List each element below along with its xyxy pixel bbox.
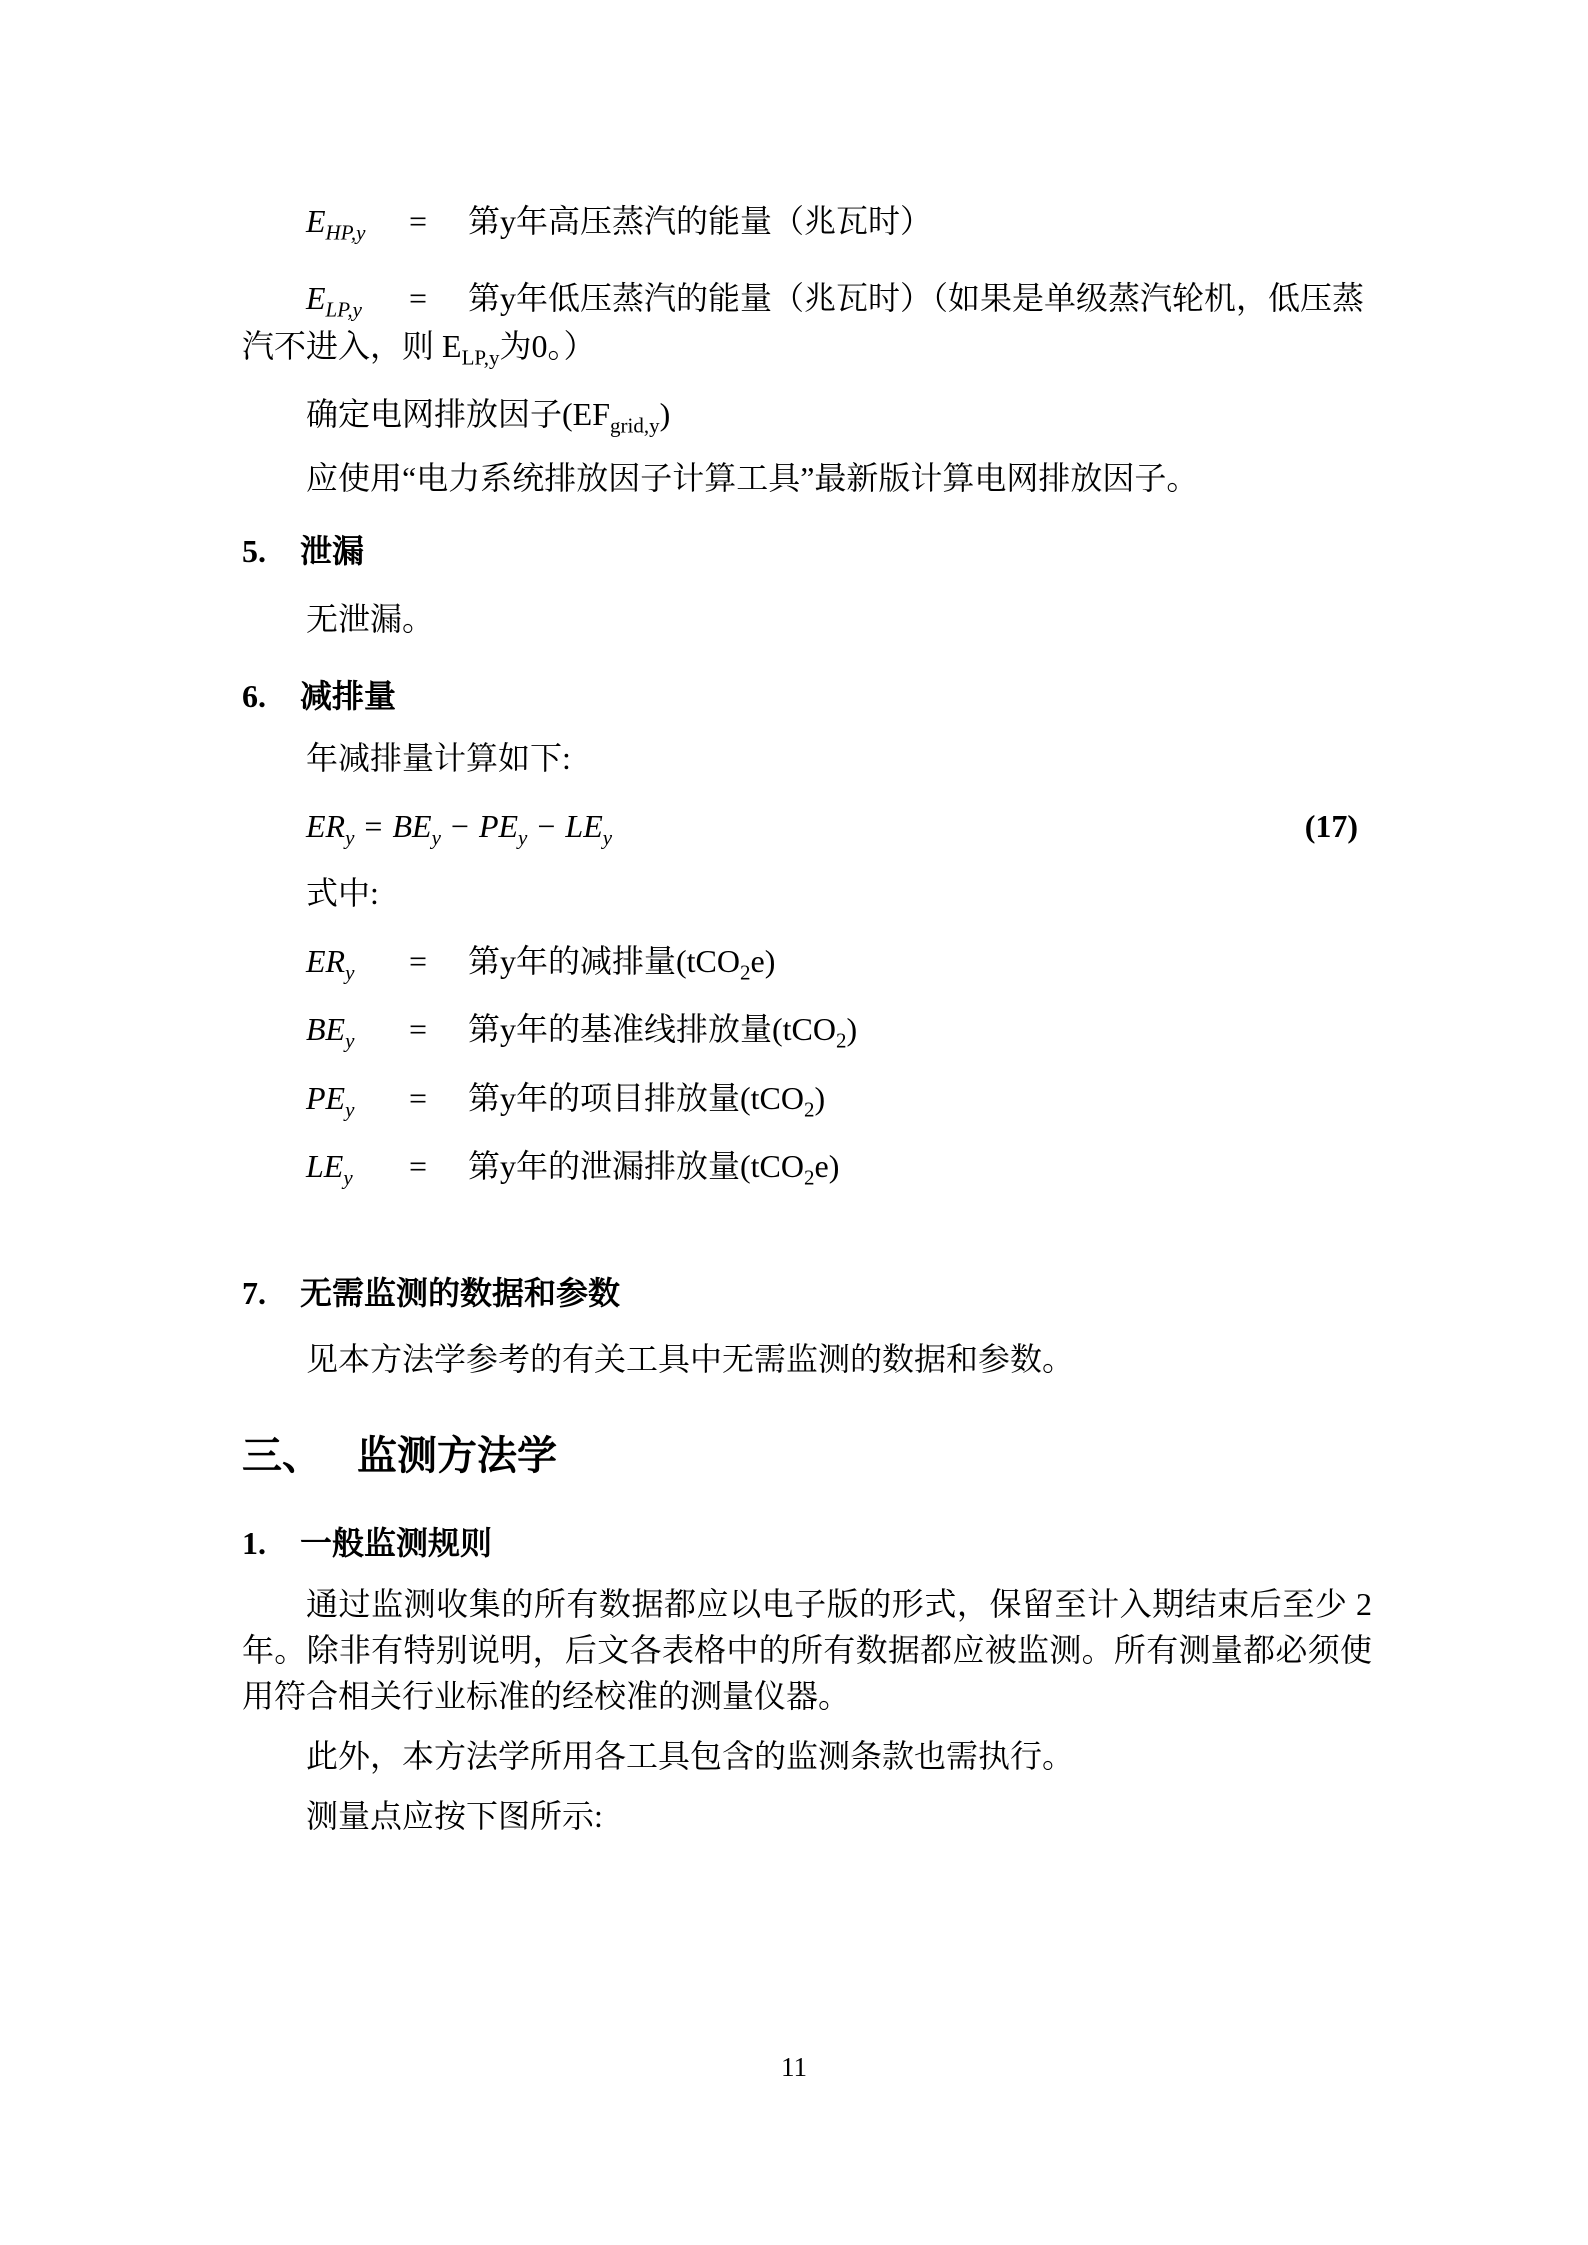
general-rules-paragraph: 通过监测收集的所有数据都应以电子版的形式，保留至计入期结束后至少 2 年。除非有… [242, 1581, 1372, 1719]
variable-elp: ELP,y [306, 275, 409, 321]
formula-expression: ERy=BEy−PEy−LEy [306, 803, 612, 849]
general-rules-line-1: 通过监测收集的所有数据都应以电子版的形式，保留至计入期结束后至少 2 [242, 1581, 1372, 1627]
definition-text-be: 第y年的基准线排放量(tCO2) [468, 1006, 1372, 1052]
monitoring-section-1-heading: 1. 一般监测规则 [242, 1520, 1372, 1566]
definition-row-er: ERy = 第y年的减排量(tCO2e) [306, 938, 1372, 984]
monitoring-section-1-title: 一般监测规则 [300, 1520, 1372, 1566]
variable-be: BEy [306, 1006, 409, 1052]
section-6-title: 减排量 [300, 673, 1372, 719]
section-5-heading: 5. 泄漏 [242, 528, 1372, 574]
equation-number: (17) [1305, 803, 1358, 849]
measurement-points-line: 测量点应按下图所示: [242, 1793, 1372, 1839]
section-5-body: 无泄漏。 [242, 596, 1372, 642]
section-7-body: 见本方法学参考的有关工具中无需监测的数据和参数。 [242, 1336, 1372, 1382]
page-number: 11 [0, 2052, 1588, 2082]
definition-text-ehp: 第y年高压蒸汽的能量（兆瓦时） [468, 198, 1372, 244]
ef-tool-line: 应使用“电力系统排放因子计算工具”最新版计算电网排放因子。 [242, 455, 1372, 501]
monitoring-section-1-number: 1. [242, 1520, 300, 1566]
section-7-title: 无需监测的数据和参数 [300, 1270, 1372, 1316]
general-rules-line-2: 年。除非有特别说明，后文各表格中的所有数据都应被监测。所有测量都必须使 [242, 1627, 1372, 1673]
variable-ehp: EHP,y [306, 198, 409, 244]
definition-row-ehp: EHP,y = 第y年高压蒸汽的能量（兆瓦时） [306, 198, 1372, 244]
section-5-title: 泄漏 [300, 528, 1372, 574]
additional-paragraph: 此外，本方法学所用各工具包含的监测条款也需执行。 [242, 1733, 1372, 1779]
where-label: 式中: [242, 870, 1372, 916]
definition-text-le: 第y年的泄漏排放量(tCO2e) [468, 1143, 1372, 1189]
page-content: EHP,y = 第y年高压蒸汽的能量（兆瓦时） ELP,y = 第y年低压蒸汽的… [242, 198, 1372, 1839]
section-6-number: 6. [242, 673, 300, 719]
variable-pe: PEy [306, 1075, 409, 1121]
definition-row-le: LEy = 第y年的泄漏排放量(tCO2e) [306, 1143, 1372, 1189]
equals-sign: = [409, 198, 468, 244]
section-6-heading: 6. 减排量 [242, 673, 1372, 719]
chapter-3-heading: 三、 监测方法学 [242, 1430, 1372, 1482]
chapter-3-number: 三、 [242, 1430, 357, 1482]
variable-er: ERy [306, 938, 409, 984]
definition-row-elp: ELP,y = 第y年低压蒸汽的能量（兆瓦时）（如果是单级蒸汽轮机，低压蒸 [306, 275, 1372, 321]
variable-elp-subscript: LP,y [326, 297, 362, 321]
ef-grid-subscript: grid,y [610, 413, 660, 437]
equals-sign: = [409, 938, 468, 984]
definition-row-be: BEy = 第y年的基准线排放量(tCO2) [306, 1006, 1372, 1052]
definition-elp-continuation: 汽不进入，则 ELP,y为0。） [242, 323, 1372, 369]
equals-sign: = [409, 1075, 468, 1121]
general-rules-line-3: 用符合相关行业标准的经校准的测量仪器。 [242, 1673, 1372, 1719]
definition-text-er: 第y年的减排量(tCO2e) [468, 938, 1372, 984]
variable-ehp-subscript: HP,y [326, 220, 366, 244]
equals-sign: = [409, 1006, 468, 1052]
ef-grid-line: 确定电网排放因子(EFgrid,y) [242, 391, 1372, 437]
section-5-number: 5. [242, 528, 300, 574]
definition-text-elp: 第y年低压蒸汽的能量（兆瓦时）（如果是单级蒸汽轮机，低压蒸 [468, 275, 1372, 321]
section-6-intro: 年减排量计算如下: [242, 735, 1372, 781]
formula-line: ERy=BEy−PEy−LEy (17) [242, 803, 1372, 849]
chapter-3-title: 监测方法学 [357, 1430, 1372, 1482]
equals-sign: = [409, 275, 468, 321]
section-7-number: 7. [242, 1270, 300, 1316]
document-page: EHP,y = 第y年高压蒸汽的能量（兆瓦时） ELP,y = 第y年低压蒸汽的… [0, 0, 1588, 2245]
definition-row-pe: PEy = 第y年的项目排放量(tCO2) [306, 1075, 1372, 1121]
variable-le: LEy [306, 1143, 409, 1189]
elp-subscript: LP,y [462, 345, 500, 369]
equals-sign: = [409, 1143, 468, 1189]
definition-text-pe: 第y年的项目排放量(tCO2) [468, 1075, 1372, 1121]
section-7-heading: 7. 无需监测的数据和参数 [242, 1270, 1372, 1316]
